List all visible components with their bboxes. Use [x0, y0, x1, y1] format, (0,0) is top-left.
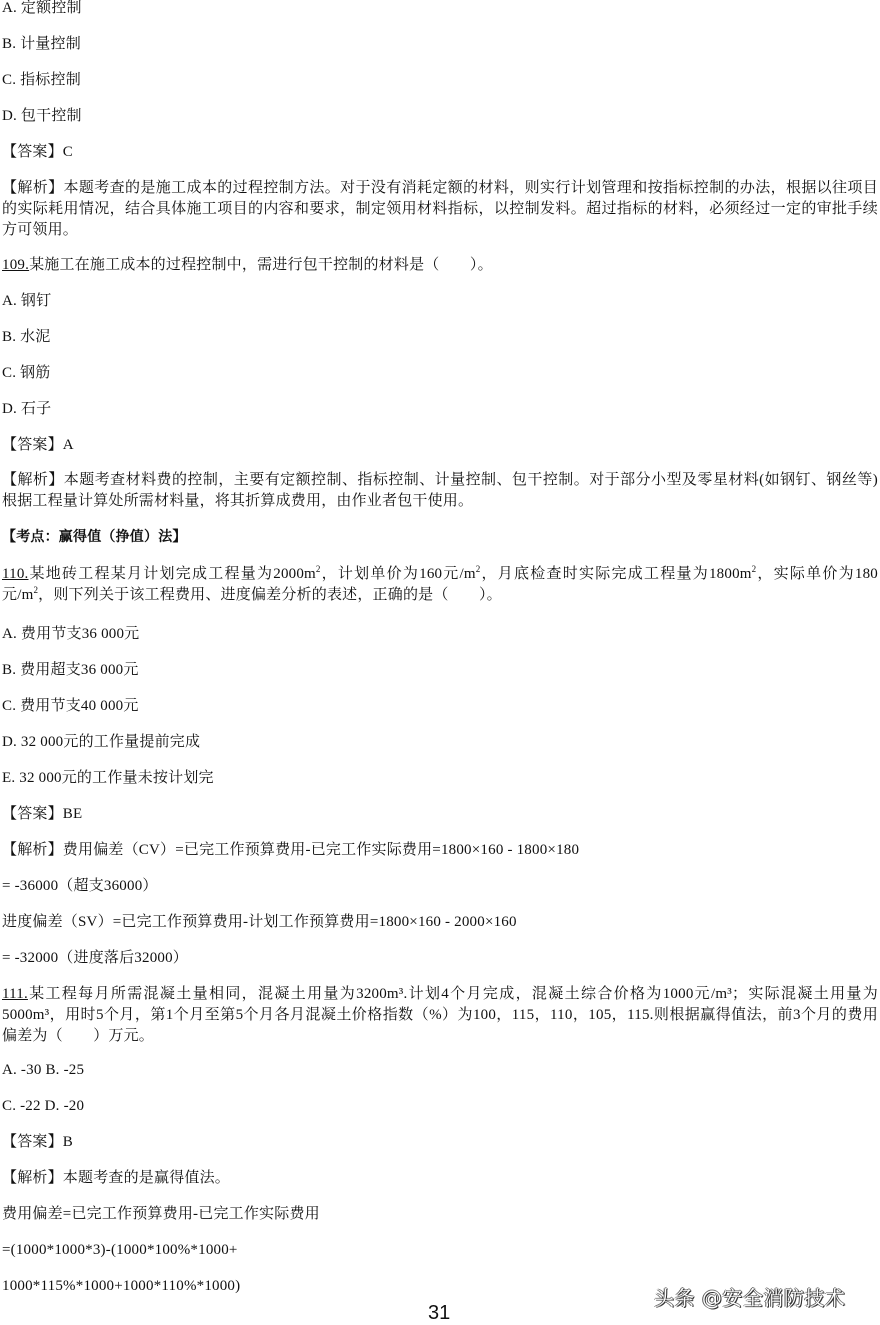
- q108-option-b: B. 计量控制: [2, 34, 81, 54]
- q110-option-e: E. 32 000元的工作量未按计划完: [2, 768, 214, 788]
- q109-analysis: 【解析】本题考查材料费的控制，主要有定额控制、指标控制、计量控制、包干控制。对于…: [2, 470, 878, 512]
- q111-stem-text: 某工程每月所需混凝土量相同，混凝土用量为3200m³.计划4个月完成，混凝土综合…: [2, 986, 878, 1044]
- q111-answer: 【答案】B: [2, 1132, 73, 1152]
- section-heading: 【考点：赢得值（挣值）法】: [2, 527, 187, 547]
- watermark: 头条 @安全消防技术: [654, 1282, 845, 1311]
- q108-option-c: C. 指标控制: [2, 70, 81, 90]
- q109-option-b: B. 水泥: [2, 327, 51, 347]
- q110-analysis-line: 【解析】费用偏差（CV）=已完工作预算费用-已完工作实际费用=1800×160 …: [2, 840, 579, 860]
- q110-option-c: C. 费用节支40 000元: [2, 696, 139, 716]
- q109-stem-text: 某施工在施工成本的过程控制中，需进行包干控制的材料是（ ）。: [29, 257, 493, 273]
- q111-options-row-2: C. -22 D. -20: [2, 1096, 84, 1116]
- q109-option-c: C. 钢筋: [2, 363, 51, 383]
- q108-analysis: 【解析】本题考查的是施工成本的过程控制方法。对于没有消耗定额的材料，则实行计划管…: [2, 178, 878, 241]
- q108-option-d: D. 包干控制: [2, 106, 82, 126]
- q111-analysis-line: 【解析】本题考查的是赢得值法。: [2, 1168, 230, 1188]
- q110-answer: 【答案】BE: [2, 804, 82, 824]
- q109-option-d: D. 石子: [2, 399, 51, 419]
- q110-stem-part: 某地砖工程某月计划完成工程量为2000m: [29, 566, 316, 582]
- q111-analysis-line: 1000*115%*1000+1000*110%*1000): [2, 1276, 240, 1296]
- q111-analysis-line: 费用偏差=已完工作预算费用-已完工作实际费用: [2, 1204, 320, 1224]
- q109-option-a: A. 钢钉: [2, 291, 51, 311]
- q110-analysis-line: = -36000（超支36000）: [2, 876, 158, 896]
- page-number: 31: [428, 1302, 450, 1325]
- q110-option-b: B. 费用超支36 000元: [2, 660, 139, 680]
- q110-number: 110.: [2, 566, 29, 582]
- q110-option-a: A. 费用节支36 000元: [2, 624, 139, 644]
- q111-stem: 111.某工程每月所需混凝土量相同，混凝土用量为3200m³.计划4个月完成，混…: [2, 984, 878, 1047]
- q111-number: 111.: [2, 986, 28, 1002]
- q110-stem-part: ，则下列关于该工程费用、进度偏差分析的表述，正确的是（ ）。: [38, 587, 502, 603]
- q110-stem-part: ，计划单价为160元/m: [321, 566, 476, 582]
- q110-analysis-line: 进度偏差（SV）=已完工作预算费用-计划工作预算费用=1800×160 - 20…: [2, 912, 517, 932]
- q109-number: 109.: [2, 257, 29, 273]
- q109-answer: 【答案】A: [2, 435, 74, 455]
- q108-answer: 【答案】C: [2, 142, 73, 162]
- q109-stem: 109.某施工在施工成本的过程控制中，需进行包干控制的材料是（ ）。: [2, 255, 493, 275]
- q110-stem-part: ，月底检查时实际完成工程量为1800m: [480, 566, 751, 582]
- q111-options-row-1: A. -30 B. -25: [2, 1060, 84, 1080]
- q108-option-a: A. 定额控制: [2, 0, 82, 18]
- q110-stem: 110.某地砖工程某月计划完成工程量为2000m2，计划单价为160元/m2，月…: [2, 564, 878, 606]
- q110-option-d: D. 32 000元的工作量提前完成: [2, 732, 200, 752]
- q110-analysis-line: = -32000（进度落后32000）: [2, 948, 188, 968]
- q111-analysis-line: =(1000*1000*3)-(1000*100%*1000+: [2, 1240, 238, 1260]
